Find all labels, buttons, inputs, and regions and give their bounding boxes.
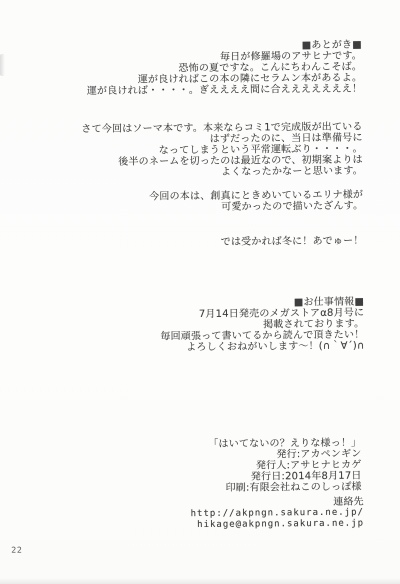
work-info-line: よろしくおねがいします～！(∩｀∀´)∩ bbox=[160, 341, 364, 354]
afterword-line: 運が良ければ・・・・。ぎええええ間に合えええええええ！ bbox=[87, 84, 362, 97]
farewell-line: では受かれば冬に！あでゅー！ bbox=[221, 236, 364, 248]
afterword-line: 可愛かったので描いたざんす。 bbox=[149, 201, 363, 214]
afterword-section: ■あとがき■ 毎日が修羅場のアサヒナです。 恐怖の夏ですな。こんにちわんこそば。… bbox=[86, 40, 362, 97]
page-number: 22 bbox=[11, 546, 22, 555]
afterword-paragraph-2: さて今回はソーマ本です。本来ならコミ1で完成版が出ている はずだったのに、当日は… bbox=[81, 122, 363, 179]
afterword-paragraph-3: 今回の本は、創真にときめいているエリナ様が 可愛かったので描いたざんす。 bbox=[149, 190, 363, 214]
contact-section: 連絡先 http://akpngn.sakura.ne.jp/ hikage@a… bbox=[190, 497, 364, 532]
work-info-section: ■お仕事情報■ 7月14日発売のメガストアα8月号に 掲載されております。 毎回… bbox=[160, 297, 364, 354]
page-content: ■あとがき■ 毎日が修羅場のアサヒナです。 恐怖の夏ですな。こんにちわんこそば。… bbox=[0, 0, 400, 584]
contact-email: hikage@akpngn.sakura.ne.jp bbox=[191, 519, 364, 532]
scanned-afterword-page: ■あとがき■ 毎日が修羅場のアサヒナです。 恐怖の夏ですな。こんにちわんこそば。… bbox=[0, 0, 400, 584]
colophon-section: 「はいてないの？えりな様っ！」 発行:アカペンギン 発行人:アサヒナヒカゲ 発行… bbox=[208, 438, 361, 494]
colophon-printer: 印刷:有限会社ねこのしっぽ様 bbox=[209, 482, 362, 494]
afterword-farewell: では受かれば冬に！あでゅー！ bbox=[221, 236, 364, 248]
